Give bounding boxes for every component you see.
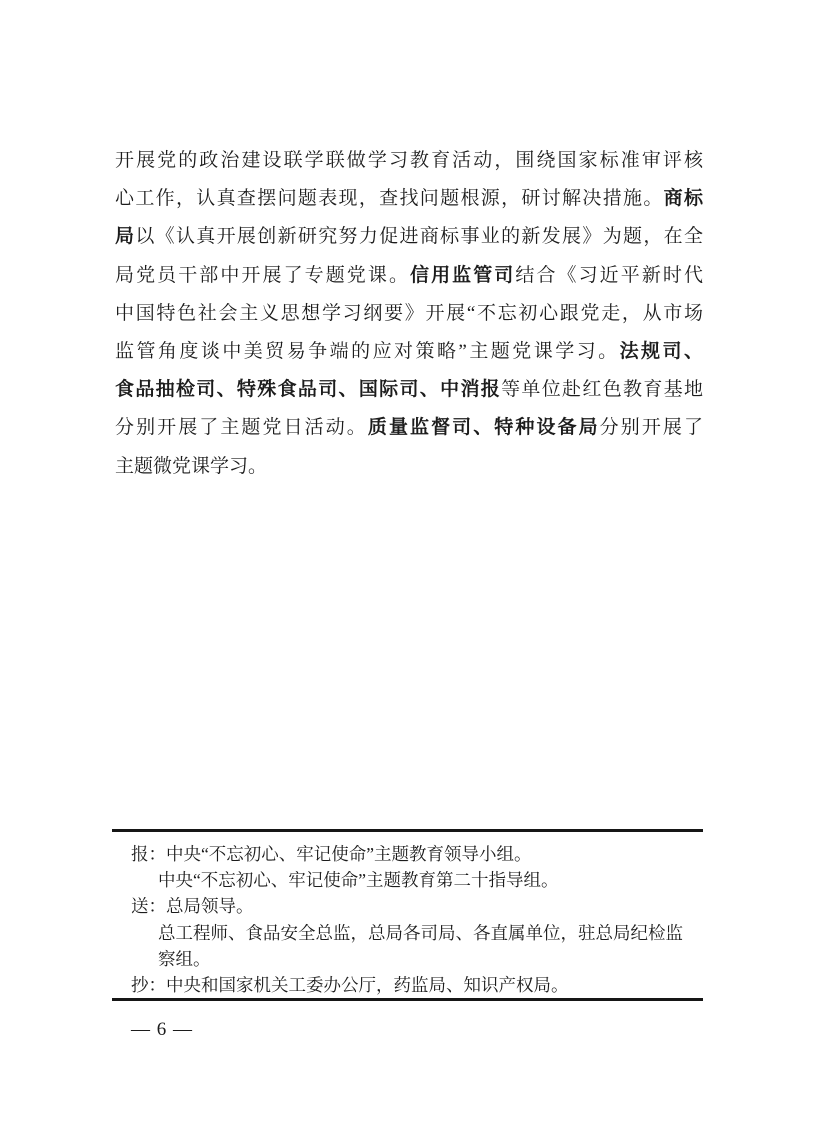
paragraph-line: 分别开展了主题党日活动。质量监督司、特种设备局分别开展了 xyxy=(115,409,703,447)
paragraph-line: 监管角度谈中美贸易争端的应对策略”主题党课学习。法规司、 xyxy=(115,333,703,371)
distribution-text: 总工程师、食品安全总监，总局各司局、各直属单位，驻总局纪检监 xyxy=(158,923,683,943)
page-number: — 6 — xyxy=(131,1019,193,1041)
distribution-text: 中央“不忘初心、牢记使命”主题教育第二十指导组。 xyxy=(158,870,559,890)
paragraph-line: 局以《认真开展创新研究努力促进商标事业的新发展》为题，在全 xyxy=(115,218,703,256)
distribution-line-copy: 抄：中央和国家机关工委办公厅，药监局、知识产权局。 xyxy=(131,972,703,998)
paragraph-line: 开展党的政治建设联学联做学习教育活动，围绕国家标准审评核 xyxy=(115,142,703,180)
distribution-label-report: 报： xyxy=(131,844,166,864)
distribution-line-send-cont: 总工程师、食品安全总监，总局各司局、各直属单位，驻总局纪检监 xyxy=(131,920,703,946)
text-segment: 心工作，认真查摆问题表现，查找问题根源，研讨解决措施。 xyxy=(115,188,664,209)
text-segment: 以《认真开展创新研究努力促进商标事业的新发展》为题，在全 xyxy=(135,226,703,247)
text-segment: 结合《习近平新时代 xyxy=(515,265,703,286)
distribution-line-send-cont: 察组。 xyxy=(131,946,703,972)
distribution-list: 报：中央“不忘初心、牢记使命”主题教育领导小组。 中央“不忘初心、牢记使命”主题… xyxy=(131,841,703,998)
paragraph-line: 食品抽检司、特殊食品司、国际司、中消报等单位赴红色教育基地 xyxy=(115,371,703,409)
bold-dept-name: 信用监管司 xyxy=(410,265,515,286)
text-segment: 中国特色社会主义思想学习纲要》开展“不忘初心跟党走，从市场 xyxy=(115,303,703,324)
text-segment: 分别开展了 xyxy=(600,417,703,438)
distribution-text: 察组。 xyxy=(158,949,211,969)
paragraph-line: 局党员干部中开展了专题党课。信用监管司结合《习近平新时代 xyxy=(115,257,703,295)
distribution-line-report-cont: 中央“不忘初心、牢记使命”主题教育第二十指导组。 xyxy=(131,867,703,893)
footer-divider-top xyxy=(112,829,703,832)
paragraph-line: 心工作，认真查摆问题表现，查找问题根源，研讨解决措施。商标 xyxy=(115,180,703,218)
bold-dept-name: 局 xyxy=(115,226,135,247)
text-segment: 等单位赴红色教育基地 xyxy=(501,379,703,400)
document-page: 开展党的政治建设联学联做学习教育活动，围绕国家标准审评核 心工作，认真查摆问题表… xyxy=(0,0,816,1145)
text-segment: 监管角度谈中美贸易争端的应对策略”主题党课学习。 xyxy=(115,341,620,362)
paragraph-line: 中国特色社会主义思想学习纲要》开展“不忘初心跟党走，从市场 xyxy=(115,295,703,333)
distribution-label-copy: 抄： xyxy=(131,975,166,995)
bold-dept-name: 食品抽检司、特殊食品司、国际司、中消报 xyxy=(115,379,501,400)
bold-dept-name: 法规司、 xyxy=(620,341,703,362)
distribution-line-send: 送：总局领导。 xyxy=(131,893,703,919)
main-paragraph: 开展党的政治建设联学联做学习教育活动，围绕国家标准审评核 心工作，认真查摆问题表… xyxy=(115,142,703,486)
distribution-line-report: 报：中央“不忘初心、牢记使命”主题教育领导小组。 xyxy=(131,841,703,867)
paragraph-line: 主题微党课学习。 xyxy=(115,448,703,486)
bold-dept-name: 商标 xyxy=(664,188,703,209)
distribution-text: 中央“不忘初心、牢记使命”主题教育领导小组。 xyxy=(166,844,532,864)
bold-dept-name: 质量监督司、特种设备局 xyxy=(368,417,600,438)
text-segment: 分别开展了主题党日活动。 xyxy=(115,417,368,438)
distribution-label-send: 送： xyxy=(131,896,166,916)
text-segment: 开展党的政治建设联学联做学习教育活动，围绕国家标准审评核 xyxy=(115,150,703,171)
text-segment: 主题微党课学习。 xyxy=(115,456,267,477)
text-segment: 局党员干部中开展了专题党课。 xyxy=(115,265,410,286)
footer-divider-bottom xyxy=(112,998,703,1001)
distribution-text: 总局领导。 xyxy=(166,896,254,916)
distribution-text: 中央和国家机关工委办公厅，药监局、知识产权局。 xyxy=(166,975,569,995)
